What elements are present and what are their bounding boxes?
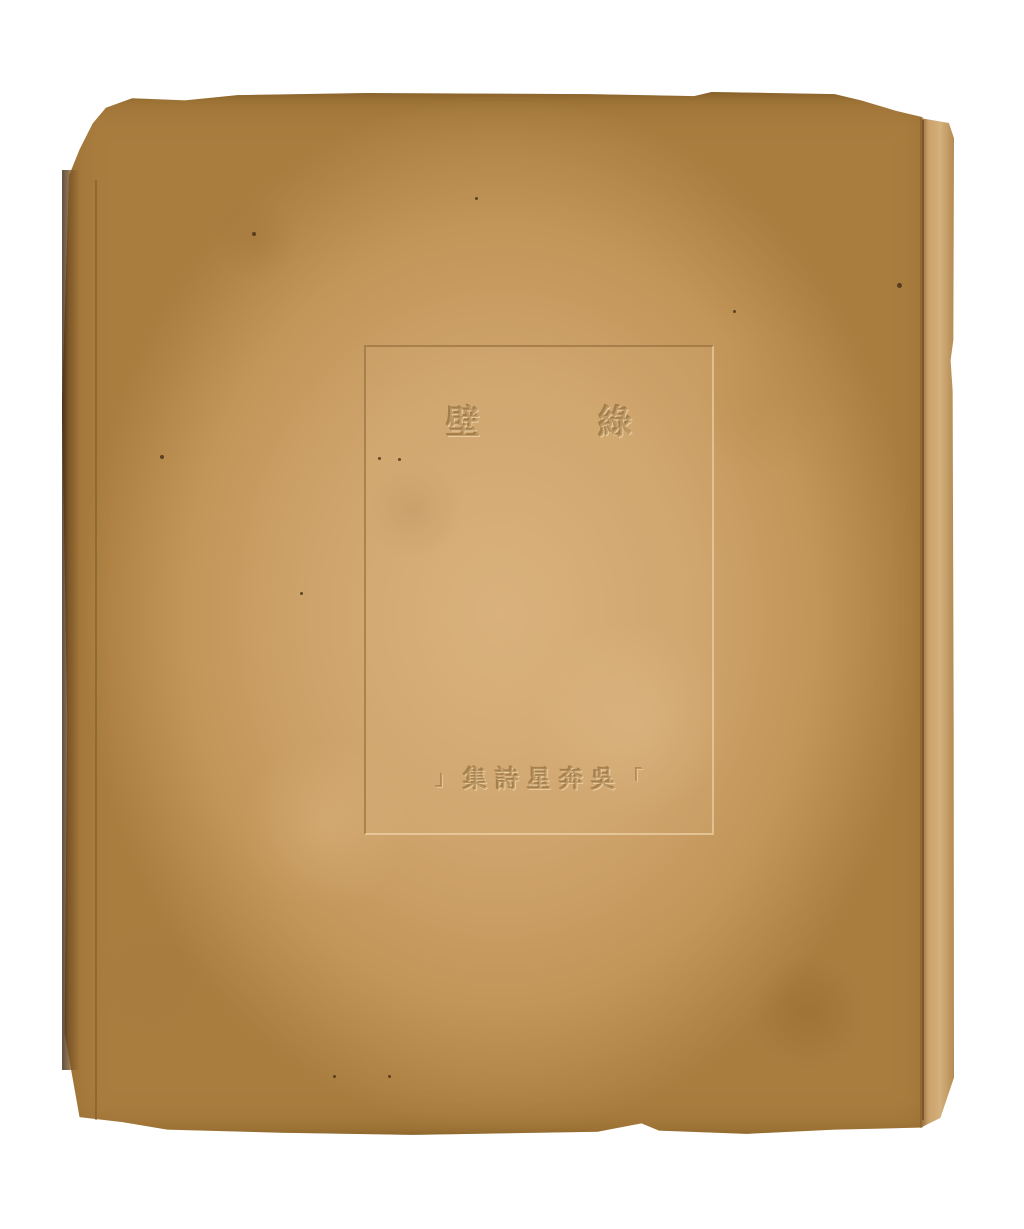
photo-scene: 綠 壁 「 吳 奔 星 詩 集 」 — [0, 0, 1024, 1229]
left-fold-line — [95, 180, 97, 1120]
stain-spot — [160, 455, 164, 459]
embossed-title-panel: 綠 壁 「 吳 奔 星 詩 集 」 — [364, 345, 714, 835]
bracket-close: 」 — [435, 762, 455, 791]
stain-spot — [300, 592, 303, 595]
author-char-2: 奔 — [559, 759, 583, 794]
stain-spot — [388, 1075, 391, 1078]
stain-spot — [333, 1075, 336, 1078]
stain-spot — [398, 458, 401, 461]
title-char-1: 綠 — [598, 395, 632, 444]
title-char-2: 壁 — [446, 395, 480, 444]
left-spine-edge — [62, 170, 80, 1070]
author-line: 「 吳 奔 星 詩 集 」 — [366, 759, 712, 794]
author-char-5: 集 — [463, 759, 487, 794]
right-fold-line — [922, 120, 924, 1120]
right-spine-strip — [920, 118, 954, 1128]
author-char-1: 吳 — [591, 759, 615, 794]
stain-spot — [378, 457, 381, 460]
author-char-3: 星 — [527, 759, 551, 794]
stain-spot — [252, 232, 256, 236]
author-char-4: 詩 — [495, 759, 519, 794]
bracket-open: 「 — [623, 762, 643, 791]
stain-spot — [475, 197, 478, 200]
stain-spot — [733, 310, 736, 313]
stain-spot — [897, 283, 902, 288]
cover-title: 綠 壁 — [366, 395, 712, 444]
